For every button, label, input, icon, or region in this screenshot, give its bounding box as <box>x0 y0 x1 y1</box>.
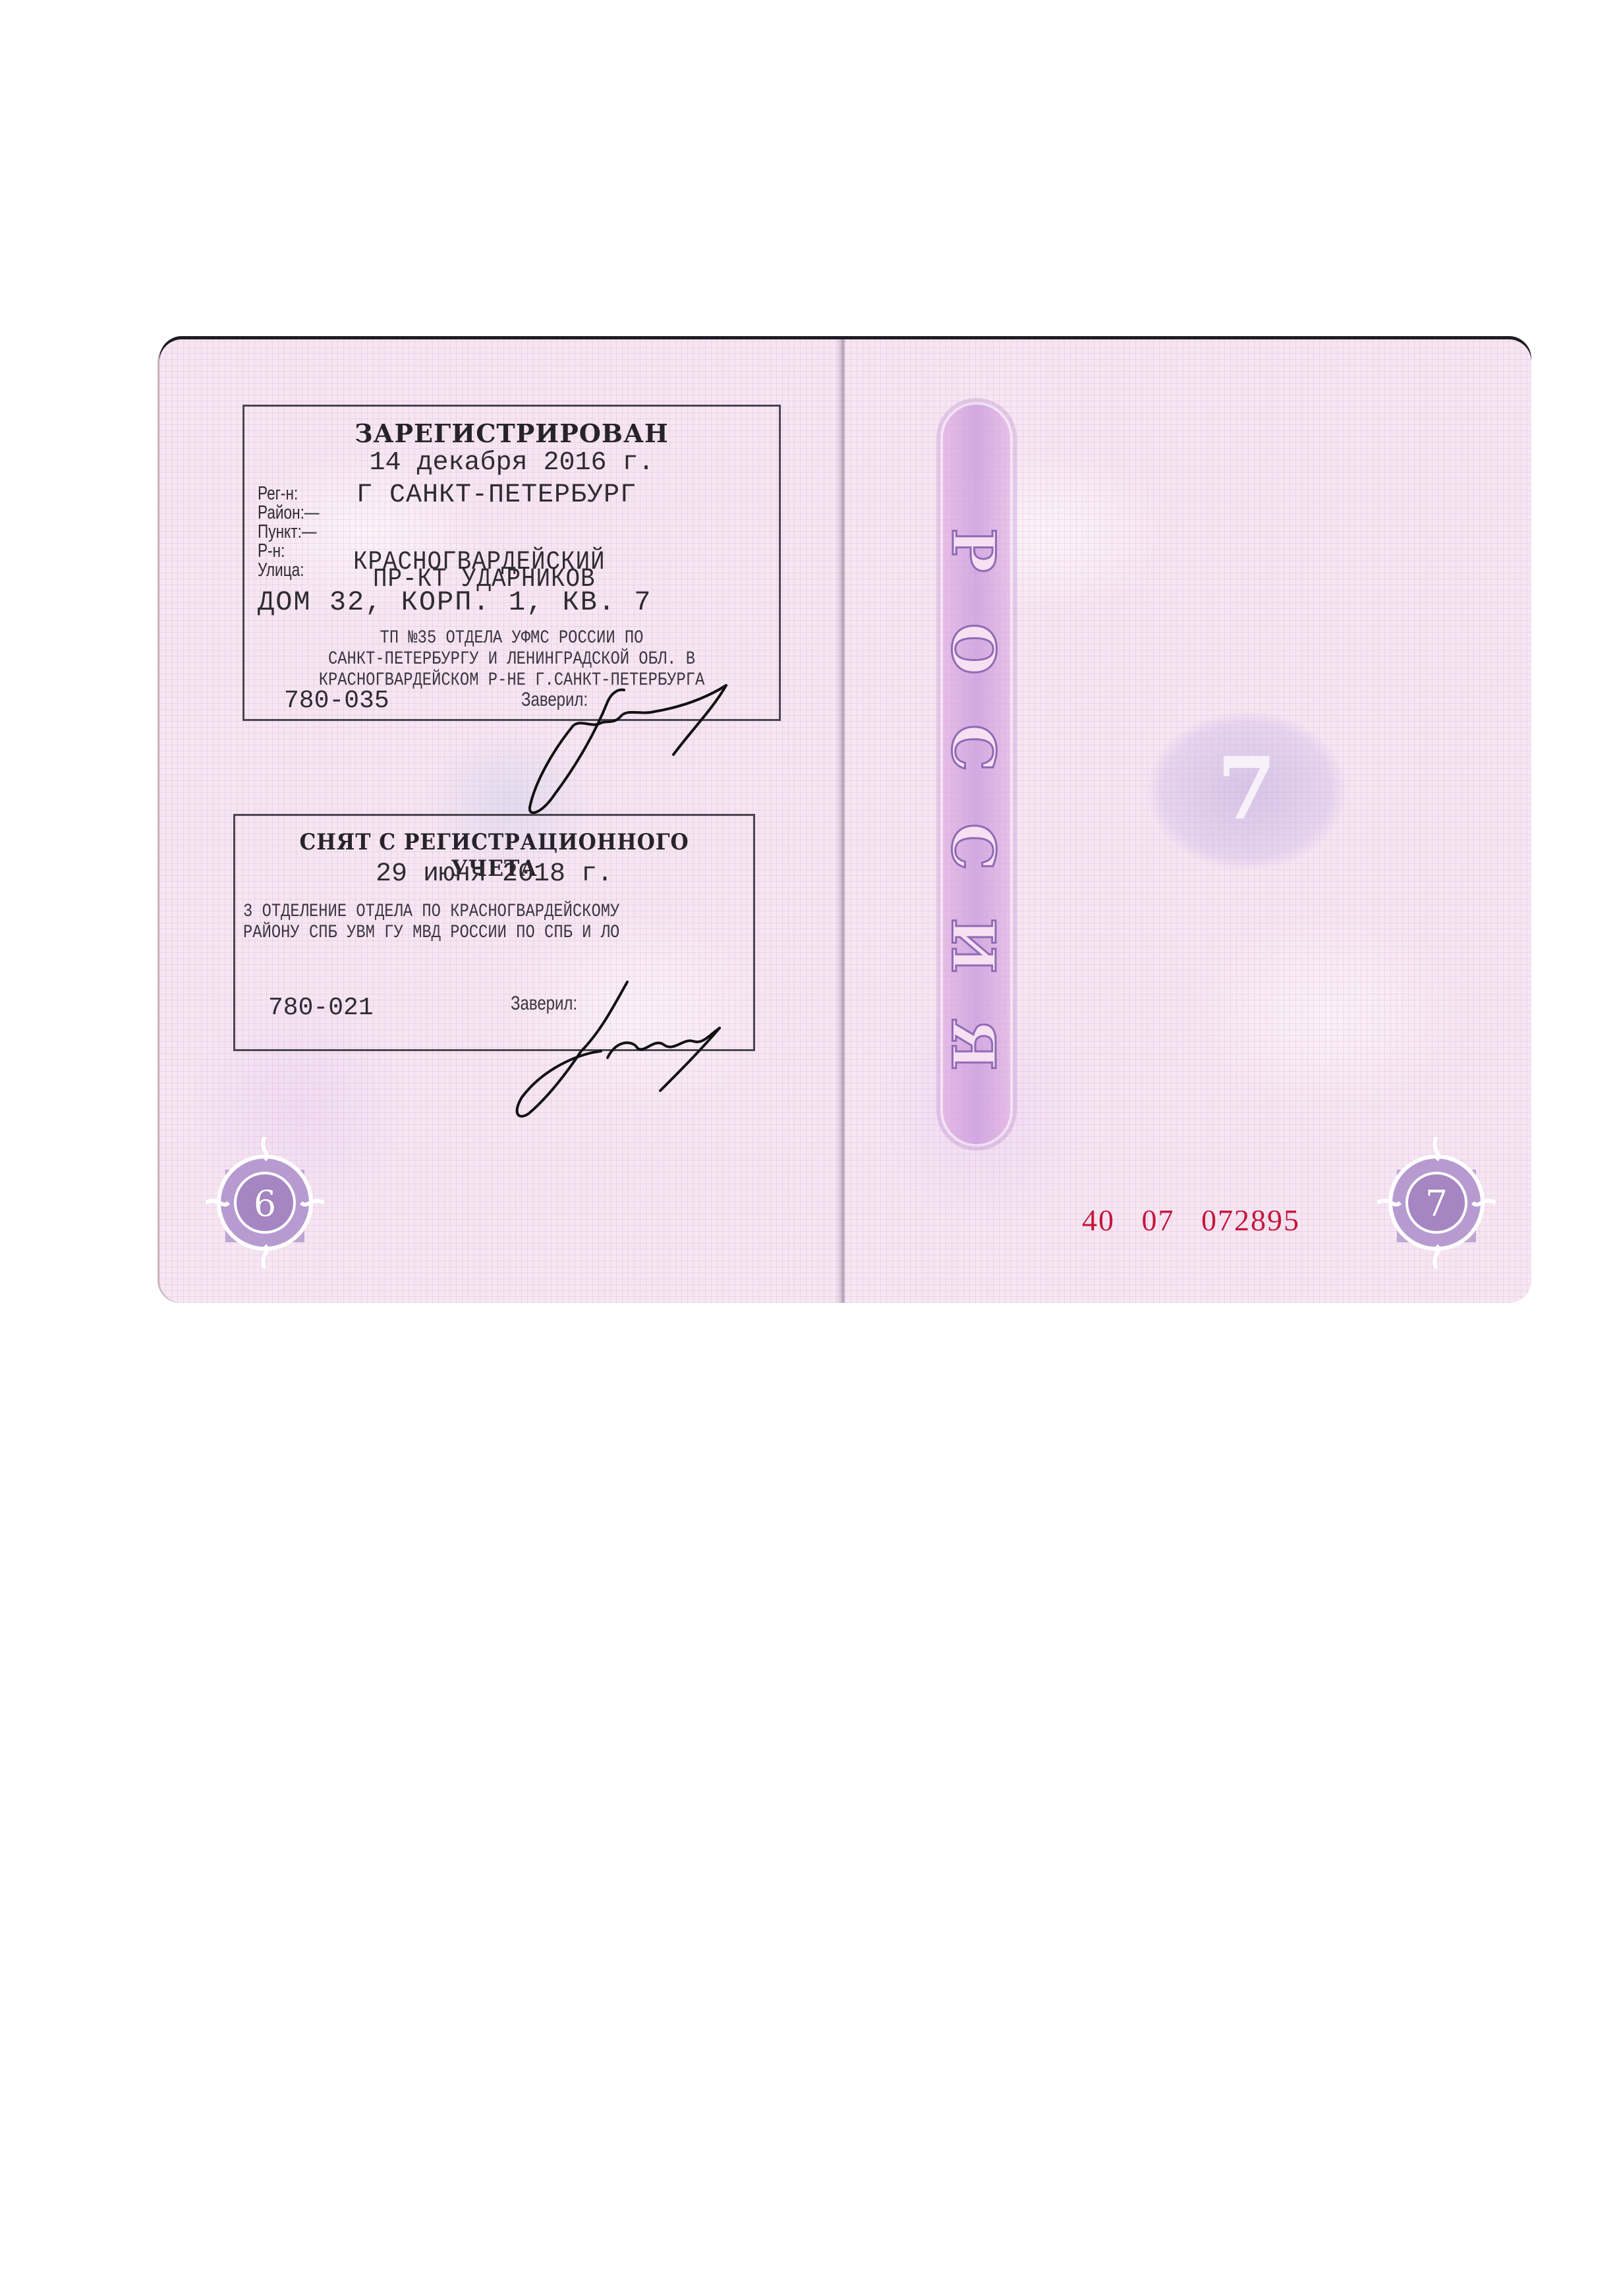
watermark-circle: 7 <box>1148 712 1346 870</box>
field-labels: Рег-н: Район:— Пункт:— Р-н: Улица: <box>258 484 320 580</box>
registration-stamp: ЗАРЕГИСТРИРОВАН 14 декабря 2016 г. Рег-н… <box>242 405 781 721</box>
stamp-title: ЗАРЕГИСТРИРОВАН <box>244 418 779 448</box>
russia-vertical-band: Р О С С И Я <box>924 402 1023 1147</box>
department-code: 780-021 <box>268 994 374 1022</box>
issuing-authority: 3 ОТДЕЛЕНИЕ ОТДЕЛА ПО КРАСНОГВАРДЕЙСКОМУ… <box>243 902 619 944</box>
deregistration-stamp: СНЯТ С РЕГИСТРАЦИОННОГО УЧЕТА 29 июня 20… <box>233 814 755 1051</box>
deregistration-date: 29 июня 2018 г. <box>235 859 753 889</box>
label-street: Улица: <box>258 561 320 580</box>
passport-spread: ЗАРЕГИСТРИРОВАН 14 декабря 2016 г. Рег-н… <box>159 339 1531 1303</box>
label-locality: Пункт:— <box>258 523 320 542</box>
passport-serial-number: 40 07 072895 <box>1082 1203 1300 1238</box>
department-code: 780-035 <box>284 687 389 715</box>
label-district: Район:— <box>258 503 320 523</box>
left-page: ЗАРЕГИСТРИРОВАН 14 декабря 2016 г. Рег-н… <box>159 339 845 1303</box>
watermark-number: 7 <box>1148 738 1346 839</box>
label-rn: Р-н: <box>258 542 320 561</box>
issuing-authority: ТП №35 ОТДЕЛА УФМС РОССИИ ПО САНКТ-ПЕТЕР… <box>285 628 739 691</box>
certified-label: Заверил: <box>521 689 588 711</box>
page-number-emblem-7: 7 <box>1377 1137 1496 1269</box>
label-region: Рег-н: <box>258 484 320 503</box>
value-region: Г САНКТ-ПЕТЕРБУРГ <box>356 480 637 510</box>
page-number-emblem-6: 6 <box>206 1137 324 1269</box>
russia-letters: Р О С С И Я <box>924 501 1023 1094</box>
certified-label: Заверил: <box>511 992 577 1015</box>
right-page: Р О С С И Я 7 40 07 072895 7 <box>845 339 1531 1303</box>
page-number: 7 <box>1377 1183 1496 1224</box>
page-number: 6 <box>206 1183 324 1224</box>
registration-date: 14 декабря 2016 г. <box>244 448 779 478</box>
value-house: ДОМ 32, КОРП. 1, КВ. 7 <box>258 587 652 618</box>
